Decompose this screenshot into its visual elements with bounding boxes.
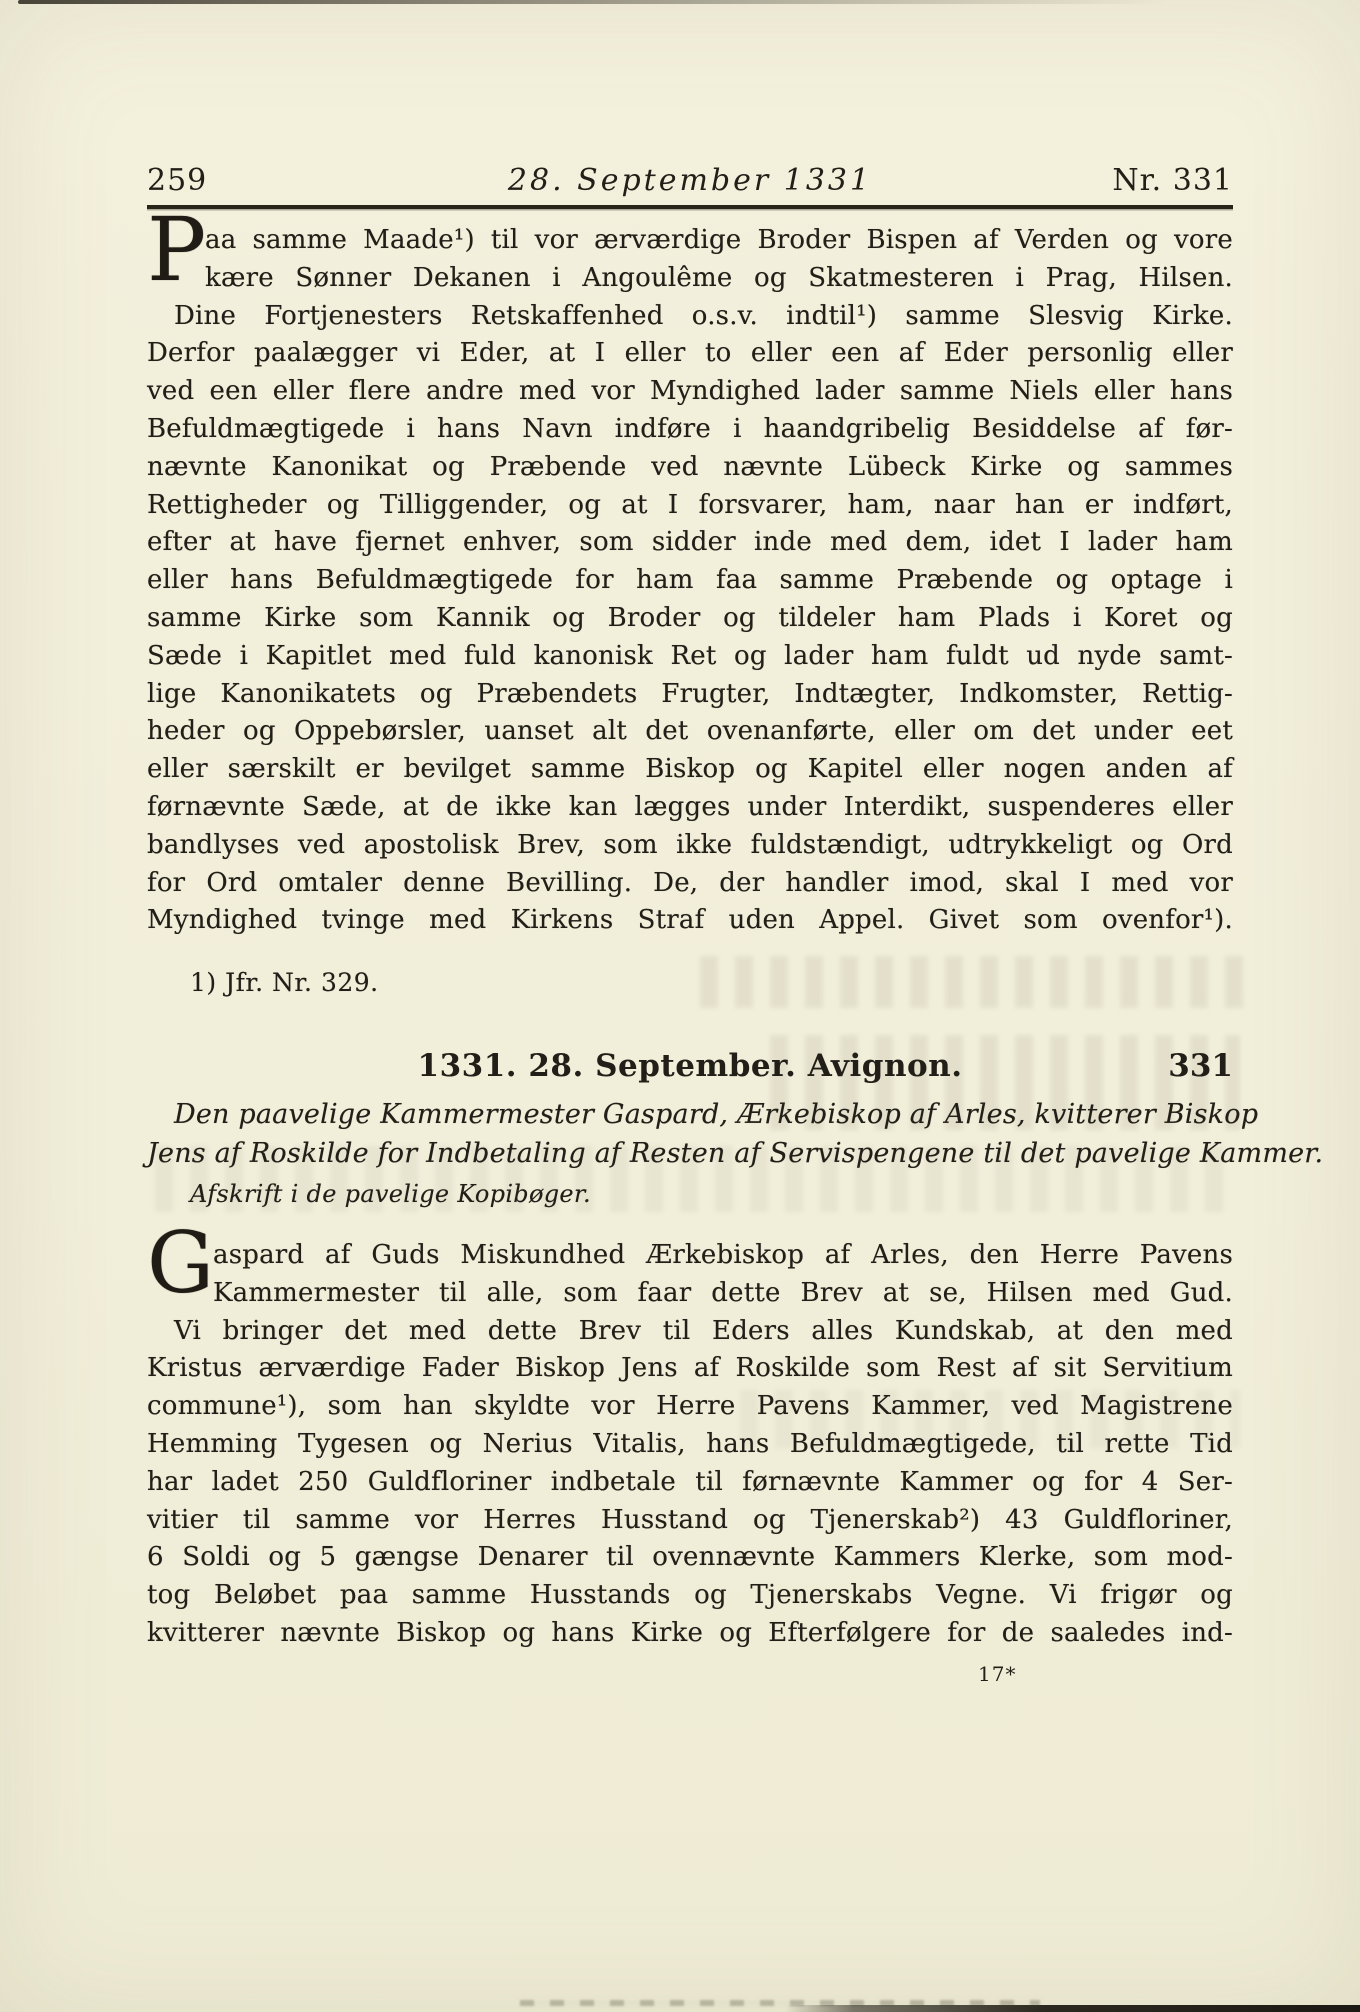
text-line: vitier til samme vor Herres Husstand og …	[147, 1502, 1233, 1540]
text-line: Sæde i Kapitlet med fuld kanonisk Ret og…	[147, 638, 1233, 676]
text-line: har ladet 250 Guldfloriner indbetale til…	[147, 1464, 1233, 1502]
text-line: Befuldmægtigede i hans Navn indføre i ha…	[147, 411, 1233, 449]
doc331-body: aspard af Guds Miskundhed Ærkebiskop af …	[147, 1237, 1233, 1653]
text-line: samme Kirke som Kannik og Broder og tild…	[147, 600, 1233, 638]
text-line: ved een eller flere andre med vor Myndig…	[147, 373, 1233, 411]
footnote: 1) Jfr. Nr. 329.	[190, 968, 379, 997]
text-line: efter at have fjernet enhver, som sidder…	[147, 524, 1233, 562]
text-line: nævnte Kanonikat og Præbende ved nævnte …	[147, 449, 1233, 487]
scan-edge-artifact-bottom	[785, 2005, 1360, 2012]
source-note: Afskrift i de pavelige Kopibøger.	[190, 1180, 591, 1208]
text-line: for Ord omtaler denne Bevilling. De, der…	[147, 865, 1233, 903]
text-line: aspard af Guds Miskundhed Ærkebiskop af …	[147, 1237, 1233, 1275]
text-line: commune¹), som han skyldte vor Herre Pav…	[147, 1388, 1233, 1426]
text-line: lige Kanonikatets og Præbendets Frugter,…	[147, 676, 1233, 714]
text-line: 6 Soldi og 5 gængse Denarer til ovennævn…	[147, 1539, 1233, 1577]
section-heading-row: 1331. 28. September. Avignon. 331	[147, 1048, 1233, 1088]
doc331-summary: Den paavelige Kammermester Gaspard, Ærke…	[147, 1095, 1233, 1173]
summary-line: Den paavelige Kammermester Gaspard, Ærke…	[147, 1095, 1233, 1134]
text-line: heder og Oppebørsler, uanset alt det ove…	[147, 713, 1233, 751]
text-line: Derfor paalægger vi Eder, at I eller to …	[147, 335, 1233, 373]
text-line: kære Sønner Dekanen i Angoulême og Skatm…	[147, 260, 1233, 298]
scan-edge-smudge	[520, 2000, 1040, 2006]
text-line: eller særskilt er bevilget samme Biskop …	[147, 751, 1233, 789]
text-line: eller hans Befuldmægtigede for ham faa s…	[147, 562, 1233, 600]
text-line: Hemming Tygesen og Nerius Vitalis, hans …	[147, 1426, 1233, 1464]
section-heading: 1331. 28. September. Avignon.	[147, 1048, 1233, 1084]
summary-line: Jens af Roskilde for Indbetaling af Rest…	[147, 1134, 1233, 1173]
text-line: Vi bringer det med dette Brev til Eders …	[147, 1313, 1233, 1351]
text-line: førnævnte Sæde, at de ikke kan lægges un…	[147, 789, 1233, 827]
running-header: 259 28. September 1331 Nr. 331	[147, 163, 1233, 203]
text-line: aa samme Maade¹) til vor ærværdige Brode…	[147, 222, 1233, 260]
scan-edge-artifact-top	[18, 0, 1168, 4]
scanned-book-page: 259 28. September 1331 Nr. 331 P aa samm…	[0, 0, 1360, 2012]
text-line: tog Beløbet paa samme Husstands og Tjene…	[147, 1577, 1233, 1615]
running-title: 28. September 1331	[147, 163, 1233, 198]
doc330-body: aa samme Maade¹) til vor ærværdige Brode…	[147, 222, 1233, 940]
section-number: 331	[1168, 1048, 1233, 1084]
text-line: bandlyses ved apostolisk Brev, som ikke …	[147, 827, 1233, 865]
text-line: Kammermester til alle, som faar dette Br…	[147, 1275, 1233, 1313]
signature-mark: 17*	[978, 1662, 1016, 1686]
text-line: Rettigheder og Tilliggender, og at I for…	[147, 487, 1233, 525]
document-number-label: Nr. 331	[1112, 163, 1233, 198]
header-rule	[147, 205, 1233, 209]
text-line: kvitterer nævnte Biskop og hans Kirke og…	[147, 1615, 1233, 1653]
text-line: Dine Fortjenesters Retskaffenhed o.s.v. …	[147, 298, 1233, 336]
text-line: Myndighed tvinge med Kirkens Straf uden …	[147, 902, 1233, 940]
text-line: Kristus ærværdige Fader Biskop Jens af R…	[147, 1350, 1233, 1388]
bleedthrough-smudge	[700, 956, 1245, 1008]
